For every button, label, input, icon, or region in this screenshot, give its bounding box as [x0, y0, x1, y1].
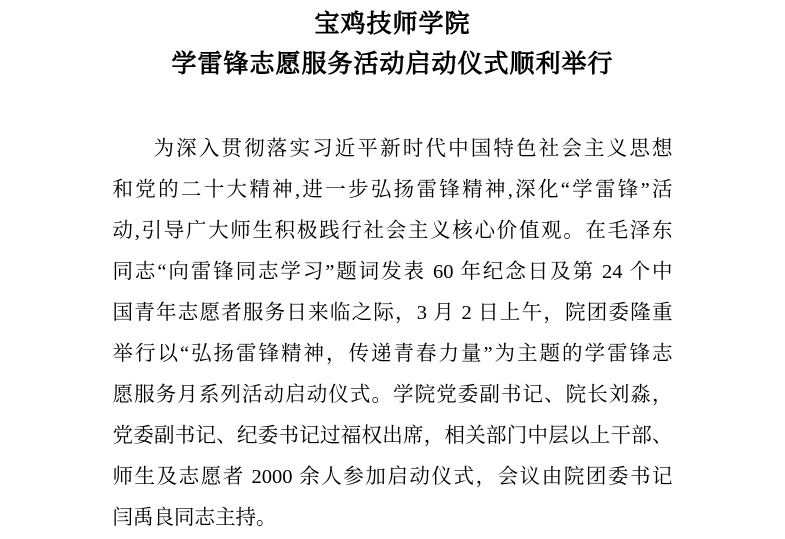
- paragraph-line: 举行以“弘扬雷锋精神，传递青春力量”为主题的学雷锋志: [113, 334, 673, 375]
- paragraph-line: 和党的二十大精神,进一步弘扬雷锋精神,深化“学雷锋”活: [113, 170, 673, 211]
- paragraph-line: 同志“向雷锋同志学习”题词发表 60 年纪念日及第 24 个中: [113, 252, 673, 293]
- document-subtitle: 学雷锋志愿服务活动启动仪式顺利举行: [113, 45, 673, 85]
- body-paragraph: 为深入贯彻落实习近平新时代中国特色社会主义思想 和党的二十大精神,进一步弘扬雷锋…: [113, 129, 673, 539]
- document-page: 宝鸡技师学院 学雷锋志愿服务活动启动仪式顺利举行 为深入贯彻落实习近平新时代中国…: [113, 0, 673, 539]
- paragraph-line: 师生及志愿者 2000 余人参加启动仪式，会议由院团委书记: [113, 457, 673, 498]
- paragraph-line: 为深入贯彻落实习近平新时代中国特色社会主义思想: [113, 129, 673, 170]
- paragraph-line: 党委副书记、纪委书记过福权出席，相关部门中层以上干部、: [113, 416, 673, 457]
- paragraph-line: 动,引导广大师生积极践行社会主义核心价值观。在毛泽东: [113, 211, 673, 252]
- paragraph-line: 闫禹良同志主持。: [113, 498, 673, 539]
- document-title: 宝鸡技师学院: [113, 5, 673, 45]
- paragraph-line: 国青年志愿者服务日来临之际，3 月 2 日上午，院团委隆重: [113, 293, 673, 334]
- paragraph-line: 愿服务月系列活动启动仪式。学院党委副书记、院长刘淼，: [113, 375, 673, 416]
